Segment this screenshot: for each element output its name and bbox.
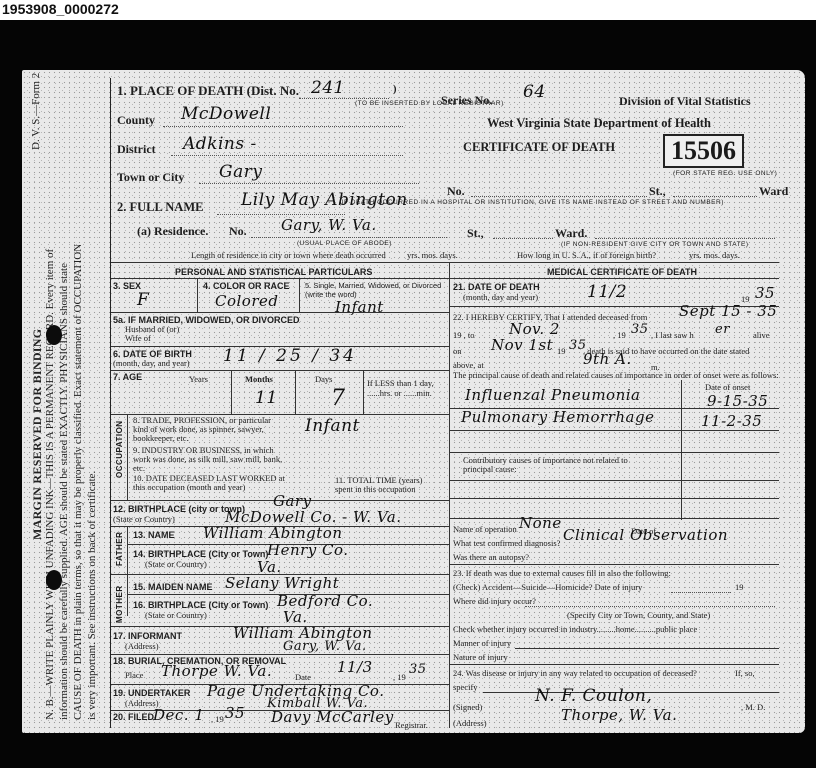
burial-date-value: 11/3 [337,658,373,676]
ward-line [673,196,757,197]
address-label: (Address) [453,718,487,728]
age-years-label: Years [189,374,208,384]
sex-divider [197,278,198,312]
md-label: , M. D. [741,702,765,712]
onset-label: Date of onset [705,382,750,392]
time-of-death: 9th A. [583,350,632,368]
foreign-birth-units: yrs. mos. days. [689,250,740,260]
filed-label: 20. FILED [113,712,154,722]
father-birthplace-sublabel: (State or Country) [145,559,207,569]
residence-street-line [493,238,553,239]
contributory-label: Contributory causes of importance not re… [463,456,633,474]
last-worked-label: 10. DATE DECEASED LAST WORKED at this oc… [133,474,293,492]
last-saw-date: Nov 1st [491,336,553,354]
full-name-line [217,214,345,215]
informant-sublabel: (Address) [125,641,159,651]
manner-line [515,648,779,649]
residence-label: (a) Residence. [137,224,208,239]
date-of-death-sublabel: (month, day and year) [463,292,538,302]
operation-value: None [519,514,562,532]
town-value: Gary [219,162,262,182]
autopsy-label: Was there an autopsy? [453,552,529,562]
residence-ward-line [595,238,775,239]
specify-label: specify [453,682,478,692]
row-line-6 [111,370,449,371]
signed-label: (Signed) [453,702,482,712]
age-years-divider [231,370,232,414]
margin-instruction-3: CAUSE OF DEATH in plain terms, so that i… [72,244,84,720]
certificate-form: 1. PLACE OF DEATH (Dist. No. 241 ) (TO B… [110,78,800,728]
column-divider [449,262,450,728]
accident-check-label: (Check) Accident—Suicide—Homicide? Date … [453,582,642,592]
residence-value: Gary, W. Va. [281,216,377,234]
row-line-autopsy [449,564,779,565]
marital-label: 5. Single, Married, Widowed, or Divorced… [305,281,445,299]
residence-ward-label: Ward. [555,226,587,241]
test-label: What test confirmed diagnosis? [453,538,560,548]
county-line [163,126,403,127]
trade-value: Infant [305,416,360,436]
residence-line [251,237,447,238]
birthplace-sublabel: (State or Country) [113,514,175,524]
dob-value: 11 / 25 / 34 [223,346,357,366]
age-label: 7. AGE [113,372,142,382]
physician-signature: N. F. Coulon, [535,686,652,706]
non-resident-note: (IF NON-RESIDENT GIVE CITY OR TOWN AND S… [561,241,749,248]
test-value: Clinical Observation [563,526,728,544]
father-name-label: 13. NAME [133,530,175,540]
father-tag: FATHER [115,532,124,566]
cause-1: Influenzal Pneumonia [465,386,641,404]
nature-label: Nature of injury [453,652,508,662]
age-months-value: 11 [255,388,278,408]
mother-name-label: 15. MAIDEN NAME [133,582,213,592]
physician-address: Thorpe, W. Va. [561,706,677,724]
state-use-note: (FOR STATE REG. USE ONLY) [673,170,777,177]
father-birthplace-value: Henry Co. [267,541,349,559]
cause-line-6 [449,518,779,519]
injury-location-label: Where did injury occur? [453,596,536,606]
informant-label: 17. INFORMANT [113,631,182,641]
burial-date-label: Date [295,672,311,682]
row-line-5 [111,312,449,313]
district-value: Adkins - [183,134,257,154]
usual-abode-note: (USUAL PLACE OF ABODE) [297,240,392,247]
cause-2: Pulmonary Hemorrhage [461,408,654,426]
margin-instruction-1: N. B.—WRITE PLAINLY WITH UNFADING INK—TH… [44,249,56,720]
total-time-label: 11. TOTAL TIME (years) spent in this occ… [335,476,435,494]
street-label: St., [649,184,666,199]
last-saw-pronoun: er [715,322,730,337]
date-of-death-label: 21. DATE OF DEATH [453,282,540,292]
cause-line-5 [449,498,779,499]
marital-value: Infant [335,298,384,316]
informant-address: Gary, W. Va. [283,639,367,654]
cause-2-onset: 11-2-35 [701,412,762,430]
alive-label: alive [753,330,770,340]
age-days-value: 7 [331,386,346,411]
color-label: 4. COLOR OR RACE [203,281,290,291]
dist-no-line [299,98,389,99]
row-line-23 [449,664,779,665]
filed-year-prefix: , 19 [211,714,224,724]
place-of-death-label: 1. PLACE OF DEATH (Dist. No. [117,83,299,99]
manner-label: Manner of injury [453,638,511,648]
onset-divider [681,380,682,520]
father-name-value: William Abington [203,524,343,542]
registrar-signature: Davy McCarley [271,708,394,726]
last-saw-year-prefix: 19 [557,346,566,356]
residence-no-label: No. [229,224,247,239]
full-name-label: 2. FULL NAME [117,200,203,215]
town-line [199,183,419,184]
filed-year: 35 [225,704,245,722]
date-of-death-value: 11/2 [587,282,627,302]
mother-birthplace-sublabel: (State or Country) [145,610,207,620]
less-than-day-label: If LESS than 1 day, ......hrs. or ......… [367,378,447,398]
divider-top [111,262,779,263]
town-label: Town or City [117,170,184,185]
ward-label: Ward [759,184,788,199]
street-no-line [471,196,647,197]
personal-section-title: PERSONAL AND STATISTICAL PARTICULARS [175,267,372,277]
punch-hole-bottom [46,570,62,590]
state-certificate-number: 15506 [663,134,744,168]
length-residence-units: yrs. mos. days. [407,250,458,260]
operation-label: Name of operation [453,524,517,534]
margin-binding-note: MARGIN RESERVED FOR BINDING [30,329,45,540]
department-title: West Virginia State Department of Health [487,116,711,131]
series-label: Series No. [441,93,492,108]
form-number: D. V. S.—Form 2 [30,73,42,150]
injury-location-line [525,606,775,607]
age-months-label: Months [245,374,273,384]
personal-header-line [111,278,449,279]
burial-year-prefix: , 19 [393,672,406,682]
punch-hole-top [46,325,62,345]
medical-section-title: MEDICAL CERTIFICATE OF DEATH [547,267,697,277]
age-days-divider [363,370,364,414]
registrar-label: Registrar. [395,720,428,730]
attended-to-label: 19 , to [453,330,475,340]
mother-tag: MOTHER [115,585,124,623]
attended-from: Sept 15 - 35 [679,302,777,320]
industry-check-label: Check whether injury occurred in industr… [453,624,697,634]
age-days-label: Days [315,374,332,384]
cause-line-2 [449,430,779,431]
undertaker-label: 19. UNDERTAKER [113,688,190,698]
attended-to-year-prefix: , 19 [613,330,626,340]
occupation-question: 24. Was disease or injury in any way rel… [453,668,697,678]
division-title: Division of Vital Statistics [619,94,751,109]
on-label: on [453,346,462,356]
occupation-tag: OCCUPATION [115,420,124,478]
spouse-sublabel: Husband of (or) Wife of [125,325,185,343]
trade-label: 8. TRADE, PROFESSION, or particular kind… [133,416,283,443]
filed-date: Dec. 1 [153,706,204,724]
age-months-divider [295,370,296,414]
external-causes-label: 23. If death was due to external causes … [453,568,671,578]
foreign-birth-label: How long in U. S. A., if of foreign birt… [517,250,656,260]
above-at-label: above, at [453,360,484,370]
principal-cause-label: The principal cause of death and related… [453,370,779,380]
medical-header-line [449,278,779,279]
county-value: McDowell [181,104,271,124]
mother-birthplace-label: 16. BIRTHPLACE (City or Town) [133,600,268,610]
series-no: 64 [523,82,546,102]
burial-place-value: Thorpe W. Va. [161,662,272,680]
if-so-label: If, so, [735,668,755,678]
last-saw-label: , I last saw h [651,330,694,340]
burial-place-label: Place [125,670,143,680]
father-birthplace-label: 14. BIRTHPLACE (City or Town) [133,549,268,559]
date-of-death-year: 35 [755,284,775,302]
specify-place-note: (Specify City or Town, County, and State… [567,610,710,620]
industry-label: 9. INDUSTRY OR BUSINESS, in which work w… [133,446,283,473]
dist-close-paren: ) [393,84,397,95]
district-label: District [117,142,156,157]
burial-year: 35 [409,662,427,677]
residence-street-label: St., [467,226,484,241]
district-line [171,155,403,156]
street-no-label: No. [447,184,465,199]
color-value: Colored [215,292,279,310]
dob-sublabel: (month, day, and year) [113,358,190,368]
injury-date-line [671,592,731,593]
cause-line-4 [449,480,779,481]
dist-no: 241 [311,78,345,98]
injury-year-label: 19 [735,582,744,592]
sex-value: F [137,290,149,310]
attended-to-year: 35 [631,322,649,337]
parent-tag-divider [127,526,128,616]
color-divider [299,278,300,312]
certificate-title: CERTIFICATE OF DEATH [463,140,615,155]
mother-name-value: Selany Wright [225,574,339,592]
length-residence-label: Length of residence in city or town wher… [191,250,386,260]
row-line-17 [111,654,449,655]
cause-line-3 [449,452,779,453]
file-id: 1953908_0000272 [2,1,119,17]
full-name-value: Lily May Abington [241,190,408,210]
margin-instruction-4: is very important. See instructions on b… [86,471,98,720]
death-certificate: MARGIN RESERVED FOR BINDING D. V. S.—For… [22,70,805,733]
occupation-tag-divider [127,414,128,500]
county-label: County [117,113,155,128]
